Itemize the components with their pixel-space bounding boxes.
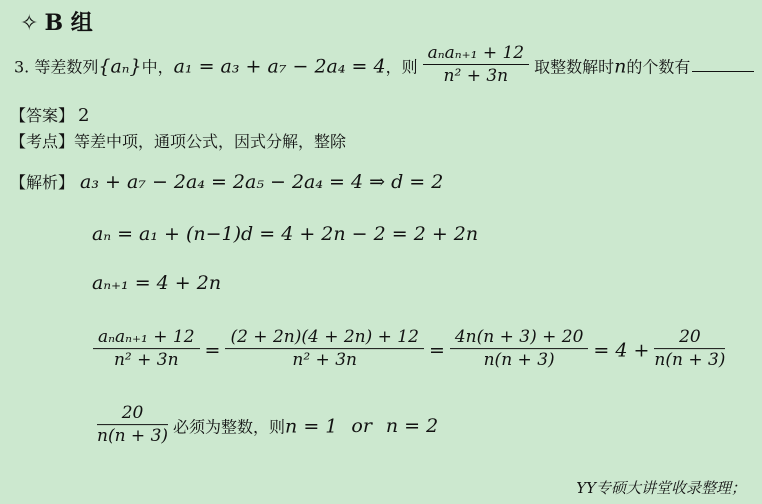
footer-credit: YY专硕大讲堂收录整理； xyxy=(576,477,746,498)
step4-fraction-2: (2 + 2n)(4 + 2n) + 12n² + 3n xyxy=(225,327,423,371)
answer-label: 【答案】 xyxy=(10,106,74,125)
fraction-numerator: (2 + 2n)(4 + 2n) + 12 xyxy=(225,327,423,349)
problem-fraction: aₙaₙ₊₁ + 12n² + 3n xyxy=(423,43,530,87)
concepts-label: 【考点】 xyxy=(10,132,74,151)
problem-question-end: 的个数有 xyxy=(626,57,690,76)
section-heading: ✧B 组 xyxy=(20,6,93,37)
equals-four-plus: = 4 + xyxy=(593,340,649,362)
step4-fraction-3: 4n(n + 3) + 20n(n + 3) xyxy=(450,327,589,371)
step5-case2: n = 2 xyxy=(386,416,438,438)
step5-condition: 必须为整数，则 xyxy=(173,418,285,437)
fraction-denominator: n(n + 3) xyxy=(654,350,725,371)
fraction-numerator: 20 xyxy=(97,403,168,425)
problem-intro: 等差数列 xyxy=(34,57,98,76)
section-title: B 组 xyxy=(44,10,92,36)
problem-then: ，则 xyxy=(386,57,418,76)
analysis-label: 【解析】 xyxy=(10,173,74,192)
step5-fraction: 20n(n + 3) xyxy=(97,403,168,447)
analysis-step2-row: aₙ = a₁ + (n−1)d = 4 + 2n − 2 = 2 + 2n xyxy=(92,223,478,245)
fraction-numerator: 20 xyxy=(654,327,725,349)
answer-row: 【答案】2 xyxy=(10,103,89,126)
problem-statement: 3. 等差数列{aₙ}中，a₁ = a₃ + a₇ − 2a₄ = 4，则aₙa… xyxy=(14,46,754,90)
step5-case1: n = 1 xyxy=(285,416,337,438)
analysis-step3: aₙ₊₁ = 4 + 2n xyxy=(92,272,221,294)
given-equation: a₁ = a₃ + a₇ − 2a₄ = 4 xyxy=(174,55,386,77)
variable-n: n xyxy=(614,55,626,77)
concepts-row: 【考点】等差中项，通项公式，因式分解，整除 xyxy=(10,129,346,152)
problem-question: 取整数解时 xyxy=(534,57,614,76)
fraction-denominator: n² + 3n xyxy=(93,350,200,371)
fraction-denominator: n² + 3n xyxy=(225,350,423,371)
step5-or: or xyxy=(351,416,372,438)
fraction-numerator: aₙaₙ₊₁ + 12 xyxy=(93,327,200,349)
fraction-denominator: n(n + 3) xyxy=(450,350,589,371)
problem-after-sequence: 中， xyxy=(142,57,174,76)
analysis-step1: a₃ + a₇ − 2a₄ = 2a₅ − 2a₄ = 4 ⇒ d = 2 xyxy=(80,171,443,193)
sequence-notation: {aₙ} xyxy=(98,55,141,77)
analysis-step5-row: 20n(n + 3)必须为整数，则n = 1orn = 2 xyxy=(92,406,438,450)
four-pointed-star-icon: ✧ xyxy=(20,11,38,36)
fraction-denominator: n² + 3n xyxy=(423,65,530,86)
fraction-numerator: 4n(n + 3) + 20 xyxy=(450,327,589,349)
step4-fraction-4: 20n(n + 3) xyxy=(654,327,725,371)
equals-sign: = xyxy=(429,340,445,362)
answer-value: 2 xyxy=(78,105,89,126)
equals-sign: = xyxy=(205,340,221,362)
step4-fraction-1: aₙaₙ₊₁ + 12n² + 3n xyxy=(93,327,200,371)
worksheet-page: ✧B 组 3. 等差数列{aₙ}中，a₁ = a₃ + a₇ − 2a₄ = 4… xyxy=(0,0,762,504)
answer-blank xyxy=(692,71,754,72)
analysis-step3-row: aₙ₊₁ = 4 + 2n xyxy=(92,272,221,294)
analysis-step1-row: 【解析】a₃ + a₇ − 2a₄ = 2a₅ − 2a₄ = 4 ⇒ d = … xyxy=(10,170,443,193)
fraction-denominator: n(n + 3) xyxy=(97,426,168,447)
analysis-step4-row: aₙaₙ₊₁ + 12n² + 3n=(2 + 2n)(4 + 2n) + 12… xyxy=(88,330,730,374)
analysis-step2: aₙ = a₁ + (n−1)d = 4 + 2n − 2 = 2 + 2n xyxy=(92,223,478,245)
problem-number: 3. xyxy=(14,57,29,76)
fraction-numerator: aₙaₙ₊₁ + 12 xyxy=(423,43,530,65)
concepts-value: 等差中项，通项公式，因式分解，整除 xyxy=(74,132,346,151)
